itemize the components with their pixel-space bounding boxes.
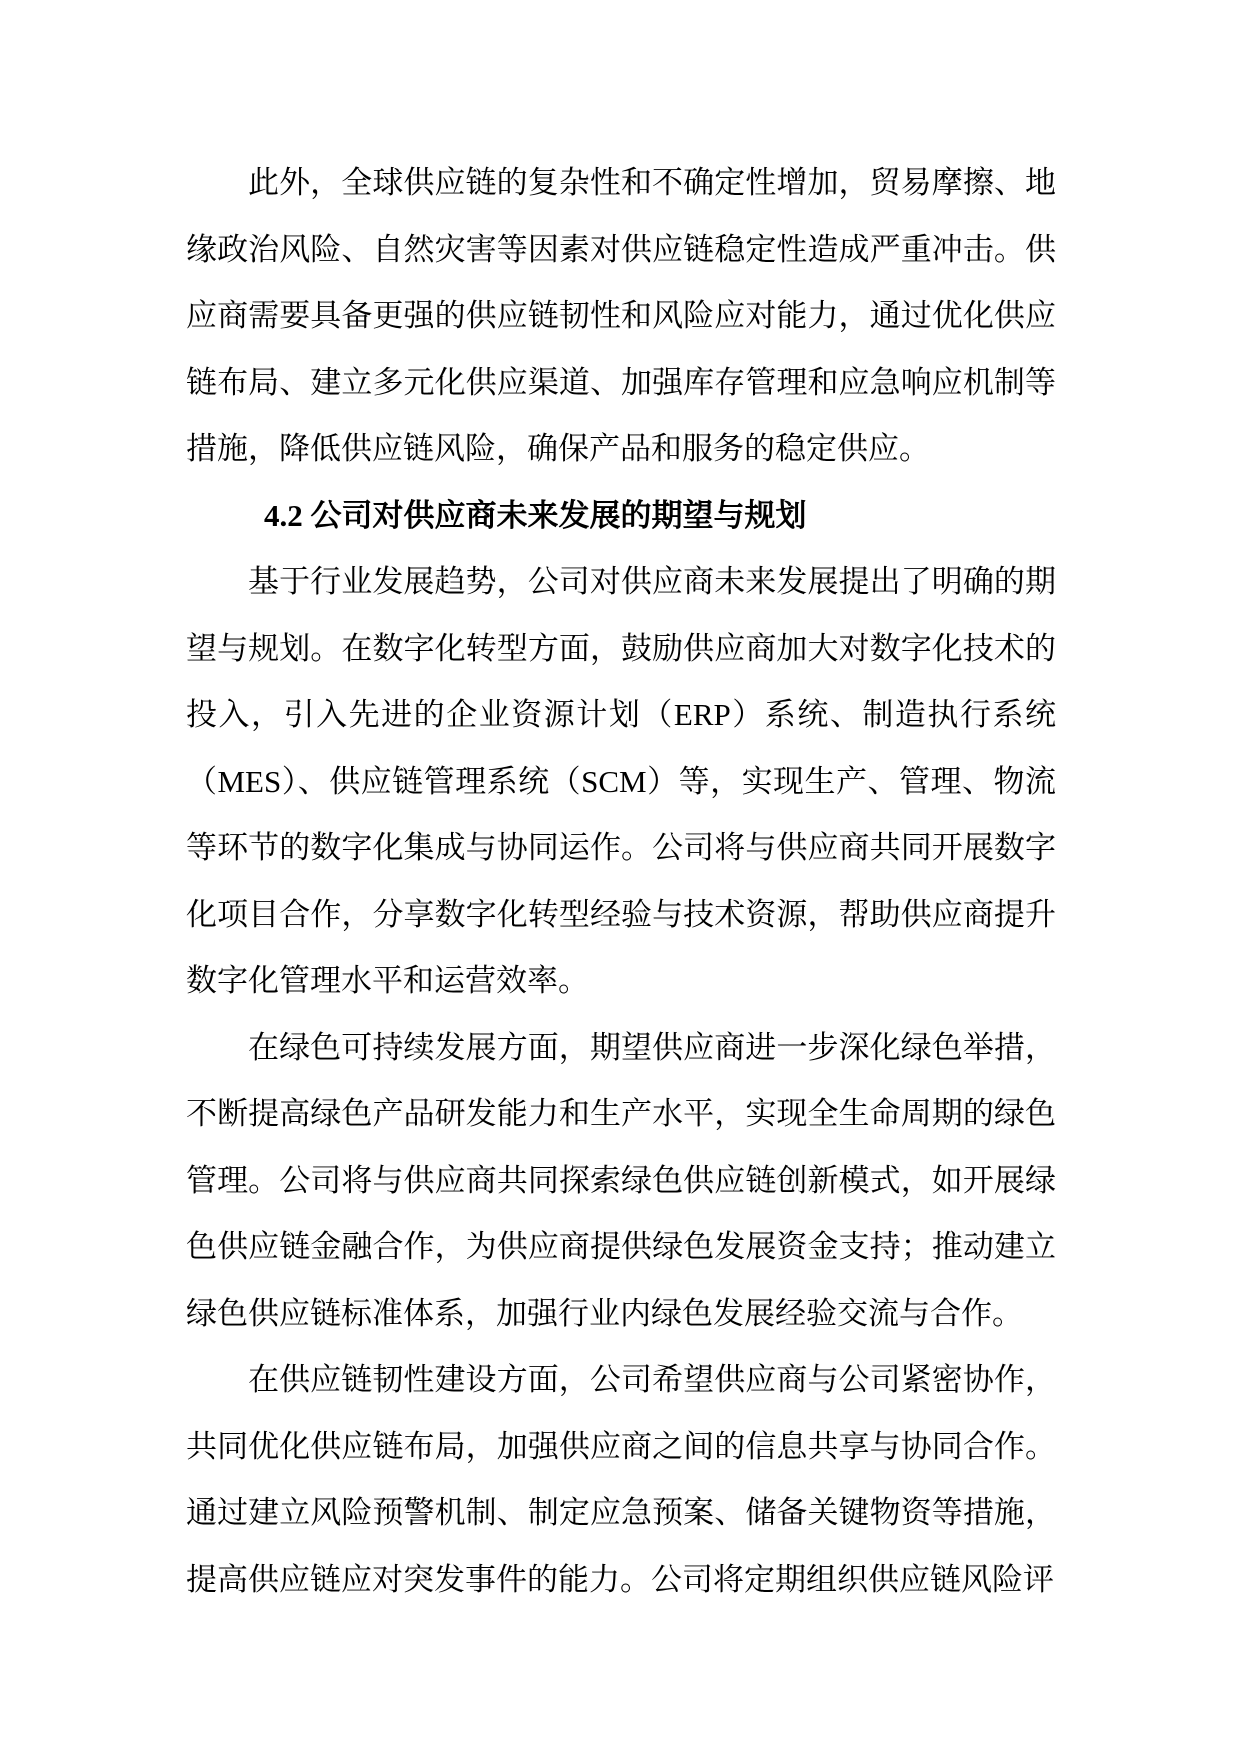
page-content: 此外，全球供应链的复杂性和不确定性增加，贸易摩擦、地缘政治风险、自然灾害等因素对…	[186, 150, 1056, 1613]
paragraph-supply-chain-resilience: 在供应链韧性建设方面，公司希望供应商与公司紧密协作，共同优化供应链布局，加强供应…	[186, 1347, 1056, 1613]
section-heading-4-2: 4.2 公司对供应商未来发展的期望与规划	[186, 483, 1056, 550]
paragraph-supply-chain-risk: 此外，全球供应链的复杂性和不确定性增加，贸易摩擦、地缘政治风险、自然灾害等因素对…	[186, 150, 1056, 483]
paragraph-green-development: 在绿色可持续发展方面，期望供应商进一步深化绿色举措，不断提高绿色产品研发能力和生…	[186, 1015, 1056, 1348]
paragraph-digital-transformation: 基于行业发展趋势，公司对供应商未来发展提出了明确的期望与规划。在数字化转型方面，…	[186, 549, 1056, 1015]
